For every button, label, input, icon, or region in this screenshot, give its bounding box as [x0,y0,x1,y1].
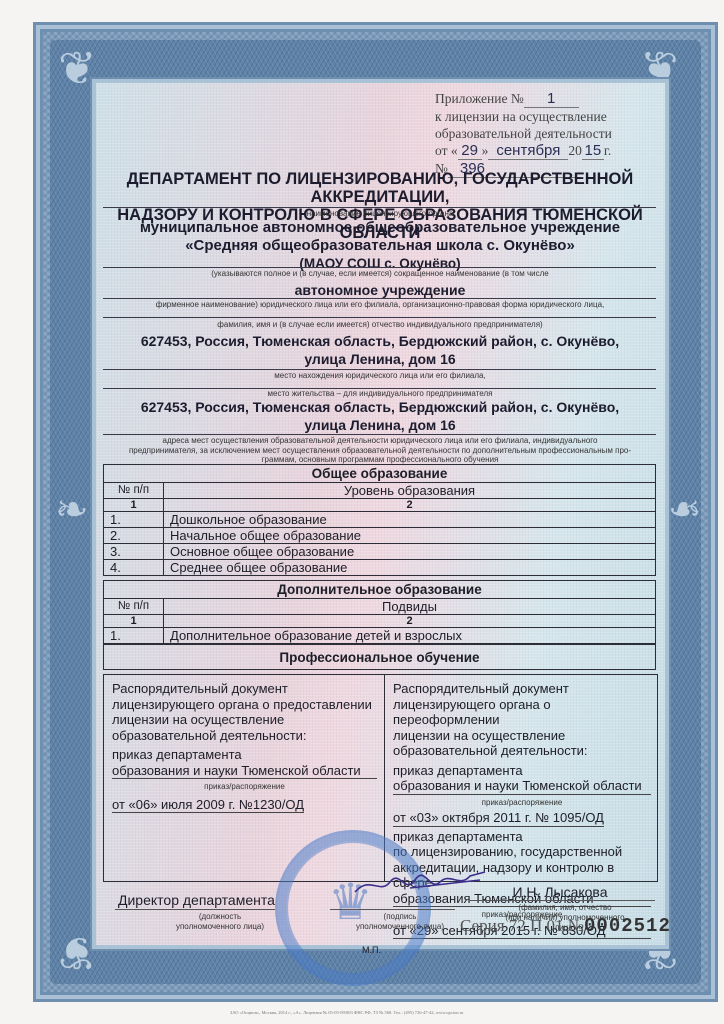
order-date: от «03» октября 2011 г. № 1095/ОД [393,810,604,827]
divider [103,207,656,208]
column-header: Уровень образования [164,483,656,499]
professional-training-table: Профессиональное обучение [103,644,656,670]
general-education-table: Общее образование № п/п Уровень образова… [103,464,656,576]
field-caption: место нахождения юридического лица или е… [100,371,660,380]
side-ornament-icon: ❧ [668,490,702,530]
legal-form: автономное учреждение [100,281,660,299]
document-left: Распорядительный документ лицензирующего… [112,681,377,813]
printer-footer: ЗАО «Опцион», Москва, 2014 г., «А». Лице… [230,1010,463,1015]
field-caption: (указываются полное и (в случае, если им… [100,269,660,278]
table-row: 2.Начальное общее образование [104,528,656,544]
corner-ornament-icon: ❦ [58,45,97,91]
annex-line: образовательной деятельности [435,125,612,142]
column-header: Подвиды [164,599,656,615]
activity-address: 627453, Россия, Тюменская область, Бердю… [100,398,660,434]
series-number: Серия 72 П 01 №0002512 [460,915,671,937]
form-number: 0002512 [584,915,671,937]
divider [103,434,656,435]
table-title: Профессиональное обучение [104,645,656,670]
field-caption: фирменное наименование) юридического лиц… [100,300,660,309]
field-caption: место жительства – для индивидуального п… [100,389,660,398]
field-caption: (должность уполномоченного лица) [165,912,275,932]
table-row: 4.Среднее общее образование [104,560,656,576]
field-caption: адреса мест осуществления образовательно… [100,436,660,465]
divider [103,369,656,370]
official-stamp: ♛ [275,830,431,986]
legal-address: 627453, Россия, Тюменская область, Бердю… [100,332,660,368]
annex-day: 29 [458,142,482,160]
organization-name: муниципальное автономное общеобразовател… [100,219,660,273]
order-date: от «06» июля 2009 г. №1230/ОД [112,797,304,814]
table-row: 1.Дошкольное образование [104,512,656,528]
additional-education-table: Дополнительное образование № п/п Подвиды… [103,580,656,644]
field-caption: (подпись уполномоченного лица) [345,912,455,932]
stamp-label: М.П. [362,945,381,955]
side-ornament-icon: ❧ [55,490,89,530]
corner-ornament-icon: ❦ [58,930,97,976]
divider [103,298,656,299]
annex-line: к лицензии на осуществление [435,108,612,125]
divider [103,317,656,318]
signatory-position: Директор департамента [118,892,275,908]
column-header: № п/п [104,483,164,499]
annex-year: 15 [582,142,604,160]
column-header: № п/п [104,599,164,615]
table-row: 3.Основное общее образование [104,544,656,560]
signatory-name: И.Н. Лысакова [480,884,640,900]
annex-label: Приложение № [435,91,524,106]
table-title: Дополнительное образование [104,581,656,599]
divider [103,267,656,268]
field-caption: фамилия, имя и (в случае если имеется) о… [100,320,660,329]
field-caption: наименование лицензирующего органа [100,209,660,218]
annex-block: Приложение №1 к лицензии на осуществлени… [435,90,612,178]
signature [350,870,490,900]
annex-month: сентября [488,142,568,160]
annex-number: 1 [524,90,579,108]
table-title: Общее образование [104,465,656,483]
table-row: 1.Дополнительное образование детей и взр… [104,628,656,644]
